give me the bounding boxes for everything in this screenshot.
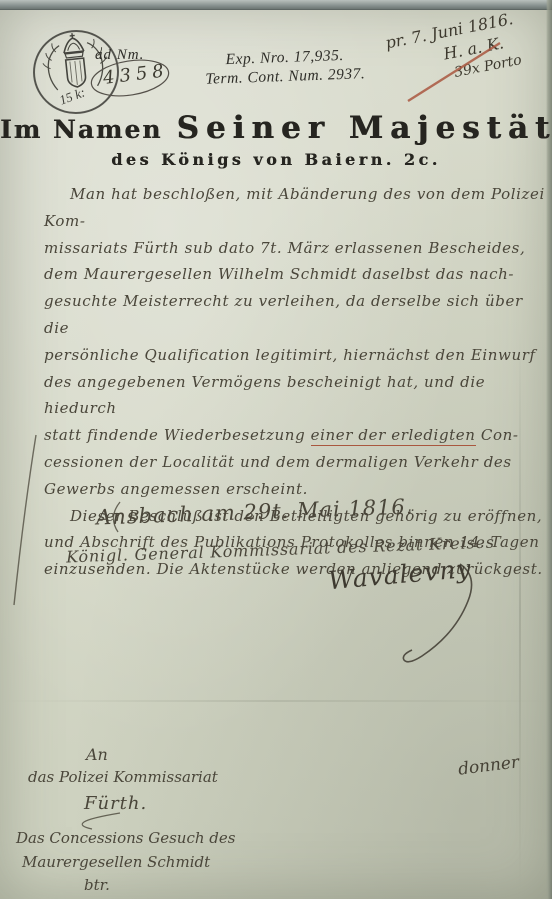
- shield-icon: [66, 58, 87, 88]
- body-line-suffix: Con-: [476, 426, 519, 444]
- address-authority: das Polizei Kommissariat: [28, 768, 218, 786]
- body-line: cessionen der Localität und dem dermalig…: [44, 449, 548, 476]
- body-line: gesuchte Meisterrecht zu verleihen, da d…: [44, 288, 548, 342]
- subject-line-2: Maurergesellen Schmidt: [22, 853, 210, 871]
- body-line: des angegebenen Vermögens bescheinigt ha…: [44, 369, 548, 423]
- scan-top-edge: [0, 0, 552, 10]
- title-seiner-majestaet: Seiner Majestät: [176, 110, 552, 146]
- subject-abbrev: btr.: [84, 876, 110, 894]
- signature-flourish: [330, 556, 490, 676]
- address-an: An: [86, 745, 108, 764]
- crown-icon: [62, 32, 84, 58]
- red-underlined-phrase: einer der erledigten: [311, 426, 476, 446]
- clerk-note: donner: [457, 752, 520, 779]
- red-strike-mark: [400, 35, 510, 105]
- body-line: Man hat beschloßen, mit Abänderung des v…: [44, 181, 548, 235]
- body-line: dem Maurergesellen Wilhelm Schmidt dasel…: [44, 261, 548, 288]
- body-line-prefix: statt findende Wiederbesetzung: [44, 426, 311, 444]
- paper-crease-horizontal: [0, 700, 552, 702]
- registry-numbers: Exp. Nro. 17,935. Term. Cont. Num. 2937.: [169, 44, 400, 90]
- body-line: persönliche Qualification legitimirt, hi…: [44, 342, 548, 369]
- body-line-underlined: statt findende Wiederbesetzung einer der…: [44, 422, 548, 449]
- margin-stroke-mark: [6, 430, 46, 610]
- subject-line-1: Das Concessions Gesuch des: [16, 829, 235, 847]
- title-im-namen: Im Namen: [0, 115, 162, 144]
- stamp-value-text: 15 k:: [57, 84, 87, 107]
- body-line: missariats Fürth sub dato 7t. März erlas…: [44, 235, 548, 262]
- document-page: 15 k: ad Nm. 4358 Exp. Nro. 17,935. Term…: [0, 0, 552, 899]
- title-subline: des Königs von Baiern. 2c.: [0, 150, 552, 169]
- document-title: Im NamenSeiner Majestät: [0, 110, 552, 146]
